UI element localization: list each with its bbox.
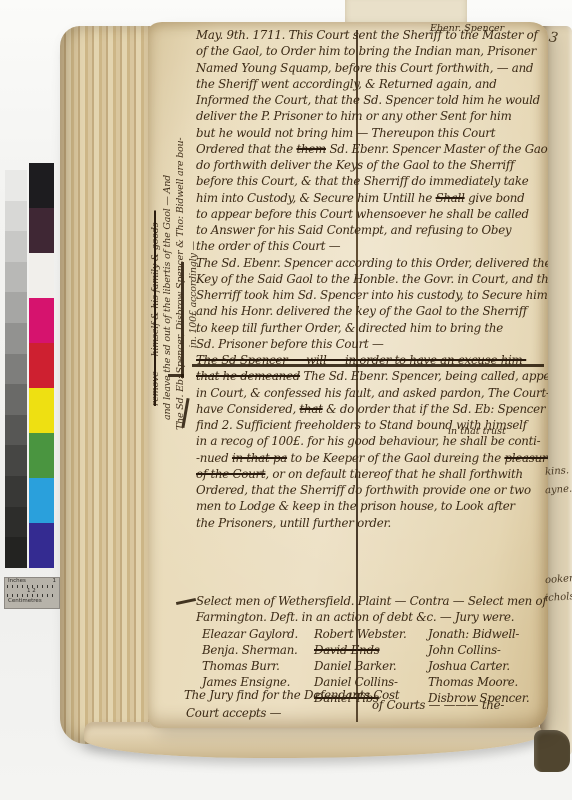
manuscript-line: in Court, & confessed his fault, and ask… xyxy=(196,386,548,400)
jury-case-text-block: Select men of Wethersfield. Plaint — Con… xyxy=(196,594,548,724)
court-record-text-block: May. 9th. 1711. This Court sent the Sher… xyxy=(196,28,548,548)
handwritten-text: The Sd. Ebenr. Spencer, being called, ap… xyxy=(300,369,548,383)
handwritten-text: to appear before this Court whensoever h… xyxy=(196,207,529,221)
grayscale-patch xyxy=(5,231,27,262)
manuscript-line: men to Lodge & keep in the prison house,… xyxy=(196,499,515,513)
handwritten-text: and his Honr. delivered the key of the G… xyxy=(196,304,527,318)
grayscale-patch xyxy=(5,354,27,385)
manuscript-line: Jonath: Bidwell- xyxy=(428,627,519,641)
grayscale-patch xyxy=(5,537,27,568)
manuscript-line: of the Gaol, to Order him to bring the I… xyxy=(196,44,536,58)
manuscript-line: Named Young Squamp, before this Court fo… xyxy=(196,61,533,75)
ruler-bottom-row: Centimetres xyxy=(5,597,59,605)
struck-text: David Ends xyxy=(314,643,380,657)
handwritten-text: him into Custody, & Secure him Untill he xyxy=(196,191,436,205)
manuscript-line: Benja. Sherman. xyxy=(202,643,298,657)
manuscript-line: of the Court, or on default thereof that… xyxy=(196,467,523,481)
manuscript-line: Key of the Said Gaol to the Honble. the … xyxy=(196,272,548,286)
cover-corner xyxy=(534,730,570,772)
handwritten-text: of the Gaol, to Order him to bring the I… xyxy=(196,44,536,58)
handwritten-text: Informed the Court, that the Sd. Spencer… xyxy=(196,93,540,107)
color-patch xyxy=(29,253,54,298)
manuscript-line: in a recog of 100£. for his good behavio… xyxy=(196,434,540,448)
handwritten-text: Jonath: Bidwell- xyxy=(428,627,519,641)
handwritten-text: but he would not bring him — Thereupon t… xyxy=(196,126,495,140)
margin-note: The Sd. Eb: Spencer, Disbrow Spencer & T… xyxy=(175,52,186,430)
facing-page-text-fragment: ichols. xyxy=(545,591,572,604)
manuscript-line: James Ensigne. xyxy=(202,675,290,689)
handwritten-text: Ordered, that the Sherriff do forthwith … xyxy=(196,483,531,497)
manuscript-line: Sherriff took him Sd. Spencer into his c… xyxy=(196,288,548,302)
manuscript-line: The Sd. Ebenr. Spencer according to this… xyxy=(196,256,548,270)
handwritten-text: deliver the P. Prisoner to him or any ot… xyxy=(196,109,512,123)
manuscript-line: but he would not bring him — Thereupon t… xyxy=(196,126,495,140)
grayscale-patch xyxy=(5,262,27,293)
handwritten-text: Sd. Prisoner before this Court — xyxy=(196,337,384,351)
margin-note: remove — himself & his family & goods — xyxy=(150,46,161,406)
manuscript-line: Daniel Barker. xyxy=(314,659,396,673)
handwritten-text: Benja. Sherman. xyxy=(202,643,298,657)
color-patch xyxy=(29,163,54,208)
handwritten-text: The Jury find for the Defendants Cost xyxy=(184,688,399,702)
grayscale-patch xyxy=(5,384,27,415)
handwritten-text: -nued xyxy=(196,451,232,465)
handwritten-text: Key of the Said Gaol to the Honble. the … xyxy=(196,272,548,286)
color-patch xyxy=(29,343,54,388)
struck-text: Shall xyxy=(436,191,465,205)
manuscript-line: that he demeaned The Sd. Ebenr. Spencer,… xyxy=(196,369,548,383)
manuscript-line: before this Court, & that the Sherriff d… xyxy=(196,174,528,188)
handwritten-text: Daniel Collins- xyxy=(314,675,398,689)
handwritten-text: Sherriff took him Sd. Spencer into his c… xyxy=(196,288,548,302)
struck-text: The Sd Spencer — will — in order to have… xyxy=(196,353,526,367)
color-patch xyxy=(29,433,54,478)
handwritten-text: , or on default thereof that he shall fo… xyxy=(265,467,522,481)
handwritten-text: give bond xyxy=(465,191,525,205)
manuscript-line: The Jury find for the Defendants Cost xyxy=(184,688,399,702)
manuscript-line: Robert Webster. xyxy=(314,627,406,641)
struck-text: that xyxy=(300,402,323,416)
manuscript-line: Select men of Wethersfield. Plaint — Con… xyxy=(196,594,547,608)
manuscript-line: the order of this Court — xyxy=(196,239,340,253)
manuscript-line: Court accepts — xyxy=(186,706,281,720)
manuscript-line: John Collins- xyxy=(428,643,501,657)
manuscript-photograph: Inches 1 1 2 Centimetres Ebenr. Spencer … xyxy=(0,0,572,800)
manuscript-line: The Sd Spencer — will — in order to have… xyxy=(196,353,526,367)
manuscript-line: the Sheriff went accordingly, & Returned… xyxy=(196,77,497,91)
handwritten-text: May. 9th. 1711. This Court sent the Sher… xyxy=(196,28,538,42)
page-stack-fore-edge xyxy=(60,26,156,744)
handwritten-text: men to Lodge & keep in the prison house,… xyxy=(196,499,515,513)
page-content: Ebenr. Spencer in that trust May. 9th. 1… xyxy=(148,22,548,728)
manuscript-line: Daniel Collins- xyxy=(314,675,398,689)
manuscript-line: to keep till further Order, & directed h… xyxy=(196,321,503,335)
handwritten-text: the Sheriff went accordingly, & Returned… xyxy=(196,77,497,91)
grayscale-patch xyxy=(5,201,27,232)
handwritten-text: the order of this Court — xyxy=(196,239,340,253)
struck-text: that he demeaned xyxy=(196,369,300,383)
ruler-card: Inches 1 1 2 Centimetres xyxy=(4,577,60,609)
manuscript-line: Farmington. Deft. in an action of debt &… xyxy=(196,610,514,624)
cm-number-1: 1 xyxy=(27,588,31,594)
struck-text: them xyxy=(296,142,326,156)
color-patch xyxy=(29,298,54,343)
handwritten-text: Robert Webster. xyxy=(314,627,406,641)
grayscale-patch xyxy=(5,507,27,538)
manuscript-line: deliver the P. Prisoner to him or any ot… xyxy=(196,109,512,123)
handwritten-text: the Prisoners, untill further order. xyxy=(196,516,391,530)
grayscale-calibration-strip xyxy=(5,170,27,568)
handwritten-text: Eleazar Gaylord. xyxy=(202,627,298,641)
handwritten-text: The Sd. Ebenr. Spencer according to this… xyxy=(196,256,548,270)
manuscript-line: Informed the Court, that the Sd. Spencer… xyxy=(196,93,540,107)
grayscale-patch xyxy=(5,476,27,507)
struck-text: in that pa xyxy=(232,451,287,465)
handwritten-text: James Ensigne. xyxy=(202,675,290,689)
manuscript-line: -nued in that pa to be Keeper of the Gao… xyxy=(196,451,548,465)
color-calibration-strip xyxy=(29,163,54,568)
handwritten-text: do forthwith deliver the Keys of the Gao… xyxy=(196,158,514,172)
manuscript-line: Thomas Moore. xyxy=(428,675,518,689)
manuscript-line: to Answer for his Said Contempt, and ref… xyxy=(196,223,511,237)
manuscript-line: do forthwith deliver the Keys of the Gao… xyxy=(196,158,514,172)
facing-page-text-fragment: kins. xyxy=(545,465,570,478)
grayscale-patch xyxy=(5,415,27,446)
color-patch xyxy=(29,523,54,568)
manuscript-line: of Courts — ——— the- xyxy=(372,698,504,712)
handwritten-text: Daniel Barker. xyxy=(314,659,396,673)
manuscript-line: have Considered, that & do order that if… xyxy=(196,402,548,416)
facing-page-text-fragment: ayne. — xyxy=(545,483,572,497)
ruler-centimetres-label: Centimetres xyxy=(8,597,42,605)
handwritten-text: to Answer for his Said Contempt, and ref… xyxy=(196,223,511,237)
manuscript-line: and his Honr. delivered the key of the G… xyxy=(196,304,527,318)
manuscript-line: David Ends xyxy=(314,643,380,657)
margin-note: in. 100£ accordingly — xyxy=(188,118,199,348)
manuscript-line: Ordered, that the Sherriff do forthwith … xyxy=(196,483,531,497)
handwritten-text: to keep till further Order, & directed h… xyxy=(196,321,503,335)
struck-text: of the Court xyxy=(196,467,265,481)
handwritten-text: of Courts — ——— the- xyxy=(372,698,504,712)
grayscale-patch xyxy=(5,292,27,323)
handwritten-text: Ordered that the xyxy=(196,142,296,156)
handwritten-text: have Considered, xyxy=(196,402,300,416)
manuscript-line: Eleazar Gaylord. xyxy=(202,627,298,641)
manuscript-line: the Prisoners, untill further order. xyxy=(196,516,391,530)
cm-number-2: 2 xyxy=(32,588,36,594)
color-patch xyxy=(29,388,54,433)
manuscript-line: May. 9th. 1711. This Court sent the Sher… xyxy=(196,28,538,42)
handwritten-text: Thomas Moore. xyxy=(428,675,518,689)
manuscript-line: Thomas Burr. xyxy=(202,659,280,673)
manuscript-line: Ordered that the them Sd. Ebenr. Spencer… xyxy=(196,142,548,156)
manuscript-line: Joshua Carter. xyxy=(428,659,510,673)
handwritten-text: Court accepts — xyxy=(186,706,281,720)
handwritten-text: Sd. Ebenr. Spencer Master of the Gaol xyxy=(326,142,548,156)
handwritten-text: Joshua Carter. xyxy=(428,659,510,673)
handwritten-text: Thomas Burr. xyxy=(202,659,280,673)
handwritten-text: John Collins- xyxy=(428,643,501,657)
manuscript-line: him into Custody, & Secure him Untill he… xyxy=(196,191,524,205)
handwritten-text: Select men of Wethersfield. Plaint — Con… xyxy=(196,594,547,608)
handwritten-text: in a recog of 100£. for his good behavio… xyxy=(196,434,540,448)
handwritten-text: Farmington. Deft. in an action of debt &… xyxy=(196,610,514,624)
manuscript-line: Sd. Prisoner before this Court — xyxy=(196,337,384,351)
color-patch xyxy=(29,478,54,523)
color-patch xyxy=(29,208,54,253)
ruler-inch-number: 1 xyxy=(53,578,57,585)
handwritten-text: & do order that if the Sd. Eb: Spencer s… xyxy=(323,402,548,416)
ruler-top-row: Inches 1 xyxy=(5,578,59,585)
handwritten-text: find 2. Sufficient freeholders to Stand … xyxy=(196,418,527,432)
handwritten-text: to be Keeper of the Gaol dureing the xyxy=(287,451,504,465)
margin-note: and leave the sd out of the libertis of … xyxy=(162,50,173,420)
grayscale-patch xyxy=(5,445,27,476)
grayscale-patch xyxy=(5,323,27,354)
handwritten-text: before this Court, & that the Sherriff d… xyxy=(196,174,528,188)
facing-page-text-fragment: ooker. xyxy=(545,573,572,586)
grayscale-patch xyxy=(5,170,27,201)
handwritten-text: in Court, & confessed his fault, and ask… xyxy=(196,386,548,400)
case-leading-dash xyxy=(176,598,196,605)
struck-text: pleasure xyxy=(504,451,548,465)
handwritten-text: Named Young Squamp, before this Court fo… xyxy=(196,61,533,75)
manuscript-line: to appear before this Court whensoever h… xyxy=(196,207,529,221)
manuscript-line: find 2. Sufficient freeholders to Stand … xyxy=(196,418,527,432)
ruler-inches-label: Inches xyxy=(8,578,26,585)
